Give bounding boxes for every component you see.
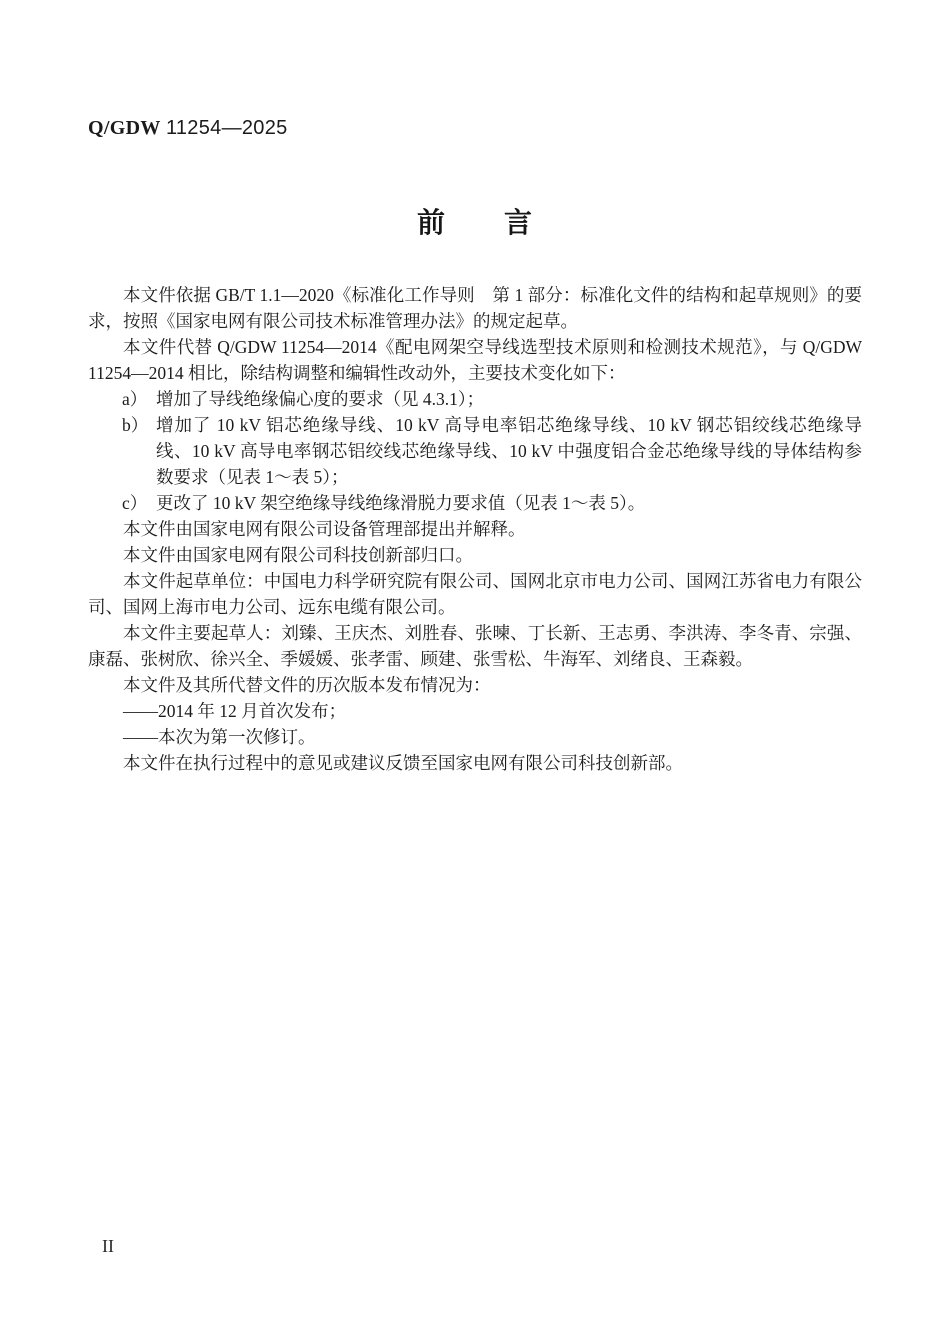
- para-feedback: 本文件在执行过程中的意见或建议反馈至国家电网有限公司科技创新部。: [88, 750, 862, 776]
- standard-code: Q/GDW 11254—2025: [88, 117, 288, 140]
- para-replacement: 本文件代替 Q/GDW 11254—2014《配电网架空导线选型技术原则和检测技…: [88, 334, 862, 386]
- change-item-b: b） 增加了 10 kV 铝芯绝缘导线、10 kV 高导电率铝芯绝缘导线、10 …: [88, 412, 862, 490]
- page-title: 前 言: [0, 201, 950, 241]
- page-number: II: [102, 1236, 114, 1257]
- change-item-a-text: 增加了导线绝缘偏心度的要求（见 4.3.1）；: [156, 386, 862, 412]
- change-item-c-text: 更改了 10 kV 架空绝缘导线绝缘滑脱力要求值（见表 1～表 5）。: [156, 490, 862, 516]
- change-item-b-text: 增加了 10 kV 铝芯绝缘导线、10 kV 高导电率铝芯绝缘导线、10 kV …: [156, 412, 862, 490]
- history-item-first-release: ——2014 年 12 月首次发布；: [88, 698, 862, 724]
- para-centralized-by: 本文件由国家电网有限公司科技创新部归口。: [88, 542, 862, 568]
- para-main-drafters: 本文件主要起草人：刘臻、王庆杰、刘胜春、张暕、丁长新、王志勇、李洪涛、李冬青、宗…: [88, 620, 862, 672]
- change-item-a: a） 增加了导线绝缘偏心度的要求（见 4.3.1）；: [88, 386, 862, 412]
- standard-code-number: 11254—2025: [166, 117, 288, 139]
- foreword-body: 本文件依据 GB/T 1.1—2020《标准化工作导则 第 1 部分：标准化文件…: [88, 282, 862, 776]
- change-item-c: c） 更改了 10 kV 架空绝缘导线绝缘滑脱力要求值（见表 1～表 5）。: [88, 490, 862, 516]
- change-item-a-marker: a）: [122, 386, 156, 412]
- change-item-c-marker: c）: [122, 490, 156, 516]
- para-drafting-basis: 本文件依据 GB/T 1.1—2020《标准化工作导则 第 1 部分：标准化文件…: [88, 282, 862, 334]
- document-page: Q/GDW 11254—2025 前 言 本文件依据 GB/T 1.1—2020…: [0, 0, 950, 1344]
- para-drafting-organizations: 本文件起草单位：中国电力科学研究院有限公司、国网北京市电力公司、国网江苏省电力有…: [88, 568, 862, 620]
- para-proposed-by: 本文件由国家电网有限公司设备管理部提出并解释。: [88, 516, 862, 542]
- para-history-intro: 本文件及其所代替文件的历次版本发布情况为：: [88, 672, 862, 698]
- standard-code-prefix: Q/GDW: [88, 117, 161, 139]
- change-item-b-marker: b）: [122, 412, 156, 490]
- history-item-first-revision: ——本次为第一次修订。: [88, 724, 862, 750]
